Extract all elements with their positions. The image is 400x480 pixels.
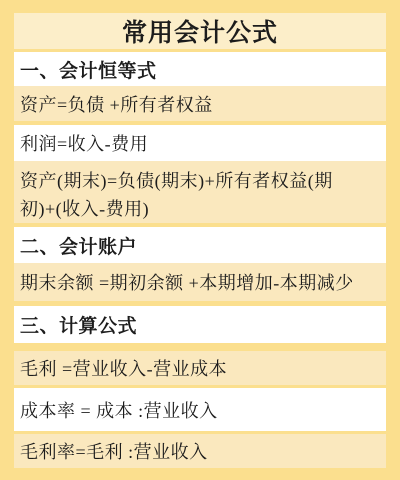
formula-row-balance: 期末余额 =期初余额 +本期增加-本期减少: [14, 263, 386, 301]
formula-row-cost-rate: 成本率 = 成本 :营业收入: [14, 388, 386, 431]
formula-sheet: 常用会计公式 一、会计恒等式 资产=负债 +所有者权益 利润=收入-费用 资产(…: [14, 0, 386, 468]
formula-row-gross-profit: 毛利 =营业收入-营业成本: [14, 351, 386, 385]
formula-row-profit: 利润=收入-费用: [14, 125, 386, 161]
formula-row-assets-ending: 资产(期末)=负债(期末)+所有者权益(期初)+(收入-费用): [20, 162, 386, 223]
formula-row-gross-margin: 毛利率=毛利 :营业收入: [14, 434, 386, 468]
section-heading-3: 三、计算公式: [14, 306, 386, 343]
section-heading-2: 二、会计账户: [14, 227, 386, 263]
section-heading-1: 一、会计恒等式: [14, 52, 386, 86]
page-title: 常用会计公式: [14, 13, 386, 49]
formula-row-assets: 资产=负债 +所有者权益: [14, 86, 386, 121]
